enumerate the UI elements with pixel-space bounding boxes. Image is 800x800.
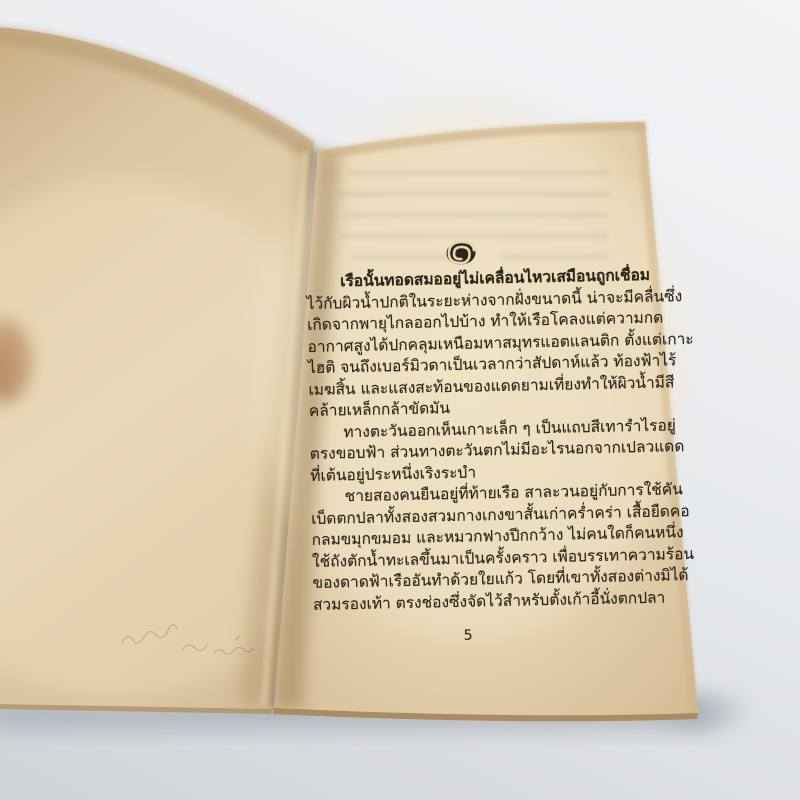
page-text: เรือนั้นทอดสมออยู่ไม่เคลื่อนไหวเสมือนถูก… [306,266,624,651]
photo-background: เรือนั้นทอดสมออยู่ไม่เคลื่อนไหวเสมือนถูก… [0,0,800,800]
text-lines: เรือนั้นทอดสมออยู่ไม่เคลื่อนไหวเสมือนถูก… [306,266,623,616]
